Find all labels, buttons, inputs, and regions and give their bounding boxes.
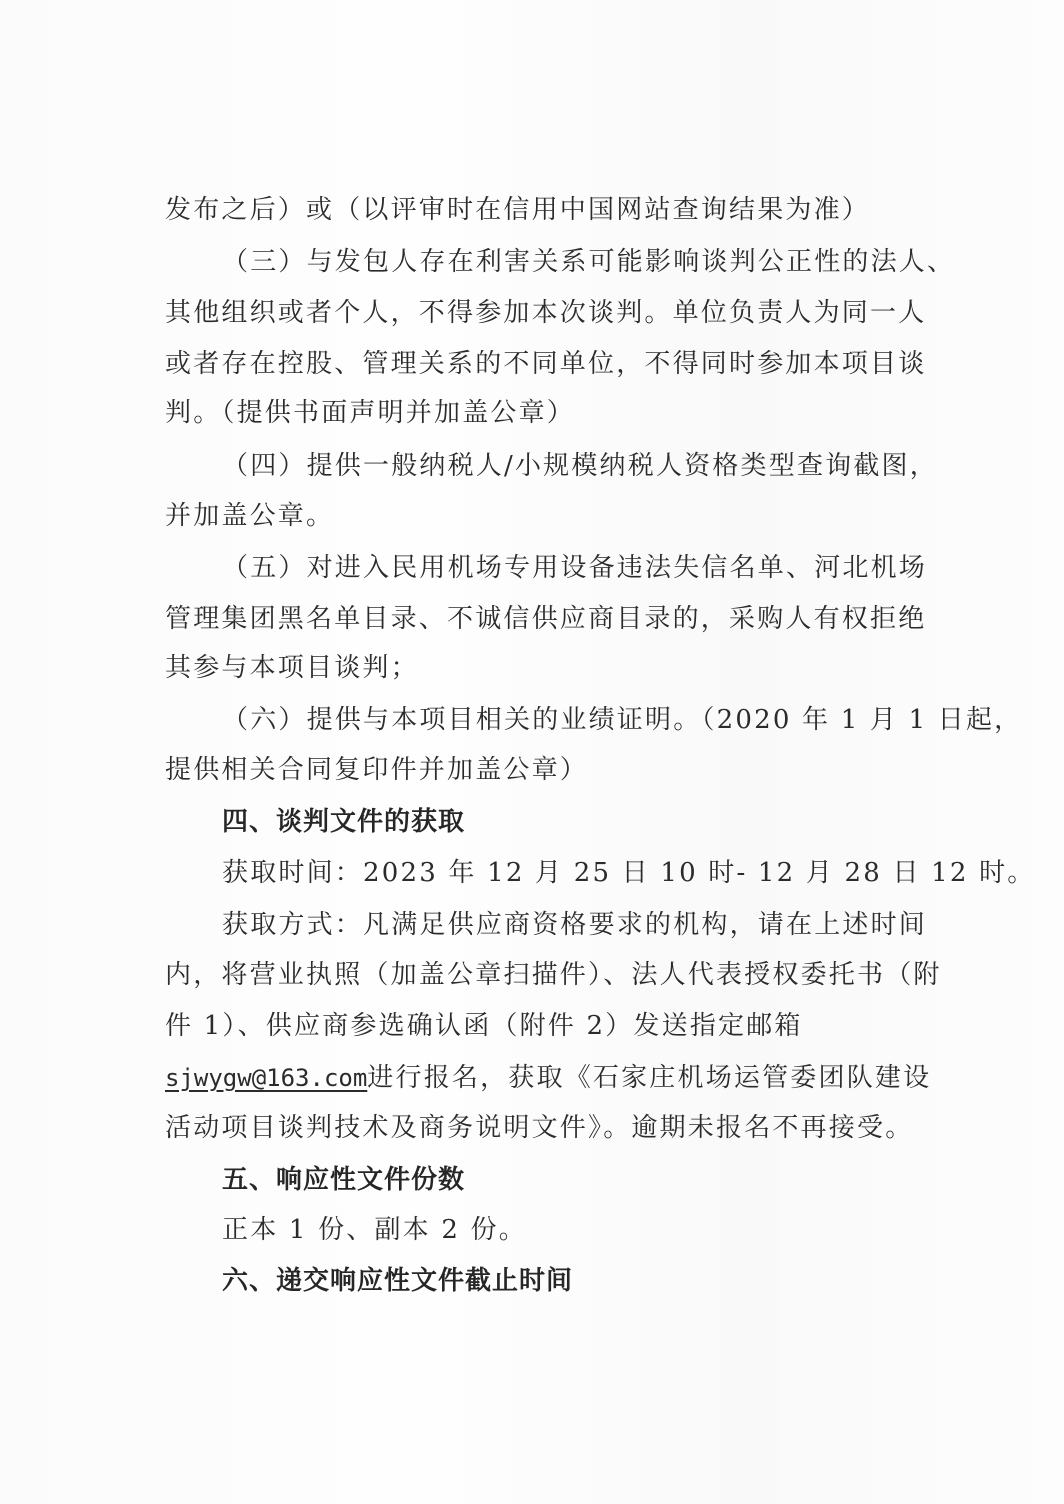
copies-count: 正本 1 份、副本 2 份。: [222, 1213, 957, 1247]
paragraph-line: （六）提供与本项目相关的业绩证明。（2020 年 1 月 1 日起，: [222, 703, 957, 737]
acquisition-method-line: 件 1）、供应商参选确认函（附件 2）发送指定邮箱: [165, 1009, 955, 1043]
email-link[interactable]: sjwygw@163.com: [165, 1064, 367, 1092]
acquisition-time: 获取时间：2023 年 12 月 25 日 10 时- 12 月 28 日 12…: [222, 856, 957, 890]
paragraph-line: （三）与发包人存在利害关系可能影响谈判公正性的法人、: [222, 245, 957, 279]
document-page: 发布之后）或（以评审时在信用中国网站查询结果为准） （三）与发包人存在利害关系可…: [0, 0, 1064, 1504]
paragraph-line: （五）对进入民用机场专用设备违法失信名单、河北机场: [222, 551, 957, 585]
section-heading-5: 五、响应性文件份数: [222, 1163, 957, 1197]
paragraph-line: 判。（提供书面声明并加盖公章）: [165, 396, 955, 430]
email-line: sjwygw@163.com进行报名，获取《石家庄机场运管委团队建设: [165, 1061, 955, 1095]
paragraph-line: 发布之后）或（以评审时在信用中国网站查询结果为准）: [165, 193, 955, 227]
paragraph-line: 其参与本项目谈判；: [165, 651, 955, 685]
paragraph-line: 提供相关合同复印件并加盖公章）: [165, 753, 955, 787]
section-heading-6: 六、递交响应性文件截止时间: [222, 1264, 957, 1298]
paragraph-line: 或者存在控股、管理关系的不同单位，不得同时参加本项目谈: [165, 347, 955, 381]
paragraph-line: 其他组织或者个人，不得参加本次谈判。单位负责人为同一人: [165, 296, 955, 330]
section-heading-4: 四、谈判文件的获取: [222, 805, 957, 839]
paragraph-line: 管理集团黑名单目录、不诚信供应商目录的，采购人有权拒绝: [165, 602, 955, 636]
acquisition-method-line: 获取方式：凡满足供应商资格要求的机构，请在上述时间: [222, 908, 957, 942]
email-line-text: 进行报名，获取《石家庄机场运管委团队建设: [367, 1063, 931, 1093]
paragraph-line: 并加盖公章。: [165, 499, 955, 533]
paragraph-line: （四）提供一般纳税人/小规模纳税人资格类型查询截图，: [222, 449, 957, 483]
acquisition-method-line: 活动项目谈判技术及商务说明文件》。逾期未报名不再接受。: [165, 1111, 955, 1145]
acquisition-method-line: 内，将营业执照（加盖公章扫描件）、法人代表授权委托书（附: [165, 958, 955, 992]
